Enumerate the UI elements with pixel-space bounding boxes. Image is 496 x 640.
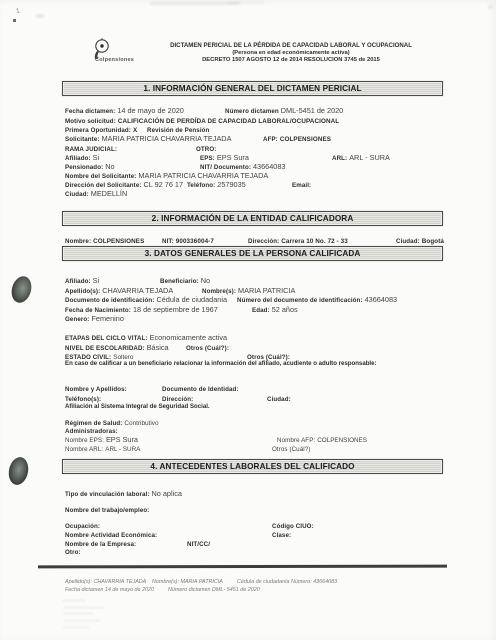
beneficiario-nota: En caso de calificar a un beneficiario r…: [65, 361, 377, 367]
section1-header: 1. INFORMACIÓN GENERAL DEL DICTAMEN PERI…: [62, 81, 443, 96]
field-label: Ciudad:: [267, 396, 291, 403]
field-value: No aplica: [152, 489, 182, 498]
scanned-document-page: 1 Colpensiones DICTAMEN PERICIAL DE LA P…: [0, 0, 496, 640]
field-value: MEDELLÍN: [91, 189, 128, 198]
field-label: Otros (Cuál?):: [186, 345, 229, 352]
section4-title: 4. ANTECEDENTES LABORALES DEL CALIFICADO: [150, 462, 354, 471]
field-value: ARL - SURA: [349, 153, 390, 162]
scan-smudge: [36, 14, 44, 18]
bleed-through: [64, 619, 100, 622]
bleed-through: [64, 606, 104, 609]
field-arl: ARL:ARL - SURA: [332, 148, 390, 164]
footer-divider: [38, 565, 447, 568]
field-label: Otro:: [65, 549, 81, 556]
field-value: 18 de septiembre de 1967: [133, 305, 218, 314]
colpensiones-logo: Colpensiones: [84, 38, 140, 68]
field-label: Dirección:: [162, 396, 193, 403]
section4-header: 4. ANTECEDENTES LABORALES DEL CALIFICADO: [62, 459, 443, 474]
footer-apellidos: Apellido(s): CHAVARRIA TEJADA: [65, 580, 146, 585]
field-clase: Clase:: [272, 525, 291, 541]
field-value: ARL - SURA: [105, 446, 140, 453]
section3-title: 3. DATOS GENERALES DE LA PERSONA CALIFIC…: [145, 249, 361, 258]
field-value: 52 años: [272, 305, 298, 314]
footer-cedula: Cédula de ciudadanía Número: 43664083: [237, 580, 337, 585]
field-value: Contributivo: [124, 420, 158, 427]
document-subtitle: (Persona en edad económicamente activa): [138, 50, 444, 58]
field-value: 43664083: [365, 295, 397, 304]
field-value: COLPENSIONES: [93, 238, 144, 245]
field-afp: AFP:COLPENSIONES: [263, 129, 331, 145]
field-otro-laboral: Otro:: [65, 542, 81, 558]
field-label: NIT/CC/: [187, 541, 210, 548]
pencil-dot: [13, 19, 16, 22]
bleed-through: [62, 599, 86, 602]
field-value: Bogotá: [422, 238, 444, 245]
field-value: COLPENSIONES: [317, 437, 367, 444]
field-value: Femenino: [91, 314, 123, 323]
field-edad: Edad:52 años: [252, 300, 298, 316]
field-label: Otros (Cuál?): [272, 446, 310, 453]
field-email: Email:: [292, 175, 311, 191]
field-label: AFP:: [263, 136, 278, 143]
scan-smudge: [150, 2, 240, 5]
field-label: Ciudad:: [65, 191, 89, 198]
document-title: DICTAMEN PERICIAL DE LA PÉRDIDA DE CAPAC…: [138, 42, 444, 50]
bleed-through: [63, 612, 93, 615]
field-label: ARL:: [332, 155, 347, 162]
afiliacion-sistema-titulo: Afiliación al Sistema Integral de Seguri…: [65, 404, 210, 410]
scan-smudge: [488, 5, 493, 9]
colpensiones-logo-text: Colpensiones: [95, 57, 134, 63]
field-entidad-ciudad: Ciudad:Bogotá: [396, 231, 444, 247]
field-tipo-vinculacion: Tipo de vinculación laboral:No aplica: [65, 484, 182, 500]
field-label: Teléfono(s):: [65, 396, 101, 403]
field-value: 900336004-7: [176, 238, 214, 245]
document-title-block: DICTAMEN PERICIAL DE LA PÉRDIDA DE CAPAC…: [138, 42, 444, 65]
field-value: CL 92 76 17: [144, 180, 184, 189]
section3-header: 3. DATOS GENERALES DE LA PERSONA CALIFIC…: [62, 246, 443, 261]
footer-nombres: Nombre(s): MARIA PATRICIA: [152, 580, 223, 585]
field-entidad-nit: NIT:900336004-7: [162, 231, 214, 247]
field-label: Ciudad:: [396, 238, 420, 245]
pencil-mark: 1: [16, 8, 21, 15]
punch-hole-top: [9, 274, 35, 305]
field-otros-administradoras: Otros (Cuál?): [272, 439, 310, 455]
field-label: Nombre del trabajo/empleo:: [65, 507, 149, 514]
field-value: COLPENSIONES: [280, 136, 331, 143]
punch-hole-bottom: [6, 455, 30, 486]
document-decree: DECRETO 1507 AGOSTO 12 de 2014 RESOLUCIO…: [138, 57, 444, 65]
field-value: 2579035: [217, 180, 245, 189]
field-entidad-direccion: Dirección:Carrera 10 No. 72 - 33: [248, 231, 348, 247]
section2-header: 2. INFORMACIÓN DE LA ENTIDAD CALIFICADOR…: [62, 211, 443, 226]
field-entidad-nombre: Nombre:COLPENSIONES: [65, 231, 144, 247]
field-label: NIT:: [162, 238, 174, 245]
field-label: Clase:: [272, 532, 291, 539]
footer-numero-dictamen: Número dictamen DML- 5451 de 2020: [168, 588, 260, 593]
field-label: Teléfono:: [187, 182, 215, 189]
field-nit-cc: NIT/CC/: [187, 534, 210, 550]
field-ciudad-acudiente: Ciudad:: [267, 389, 291, 405]
section2-title: 2. INFORMACIÓN DE LA ENTIDAD CALIFICADOR…: [152, 214, 354, 223]
field-ciudad-solicitante: Ciudad:MEDELLÍN: [65, 184, 127, 200]
field-label: Dirección:: [248, 238, 279, 245]
field-value: Carrera 10 No. 72 - 33: [281, 238, 348, 245]
field-telefono: Teléfono:2579035: [187, 175, 246, 191]
field-label: Nombre ARL:: [65, 446, 103, 453]
field-label: Genero:: [65, 316, 89, 323]
field-nombre-trabajo: Nombre del trabajo/empleo:: [65, 500, 149, 516]
field-label: Email:: [292, 182, 311, 189]
field-label: Tipo de vinculación laboral:: [65, 491, 150, 498]
section1-title: 1. INFORMACIÓN GENERAL DEL DICTAMEN PERI…: [143, 84, 361, 93]
field-genero: Genero:Femenino: [65, 309, 124, 325]
field-label: Edad:: [252, 307, 270, 314]
field-otros-escolaridad: Otros (Cuál?):: [186, 338, 229, 354]
bleed-through: [63, 626, 89, 629]
footer-fecha-dictamen: Fecha dictamen 14 de mayo de 2020: [65, 588, 154, 593]
field-value: Básica: [147, 343, 169, 352]
scan-smudge: [228, 1, 264, 4]
field-label: Nombre:: [65, 238, 91, 245]
field-nombre-arl: Nombre ARL:ARL - SURA: [65, 439, 140, 455]
